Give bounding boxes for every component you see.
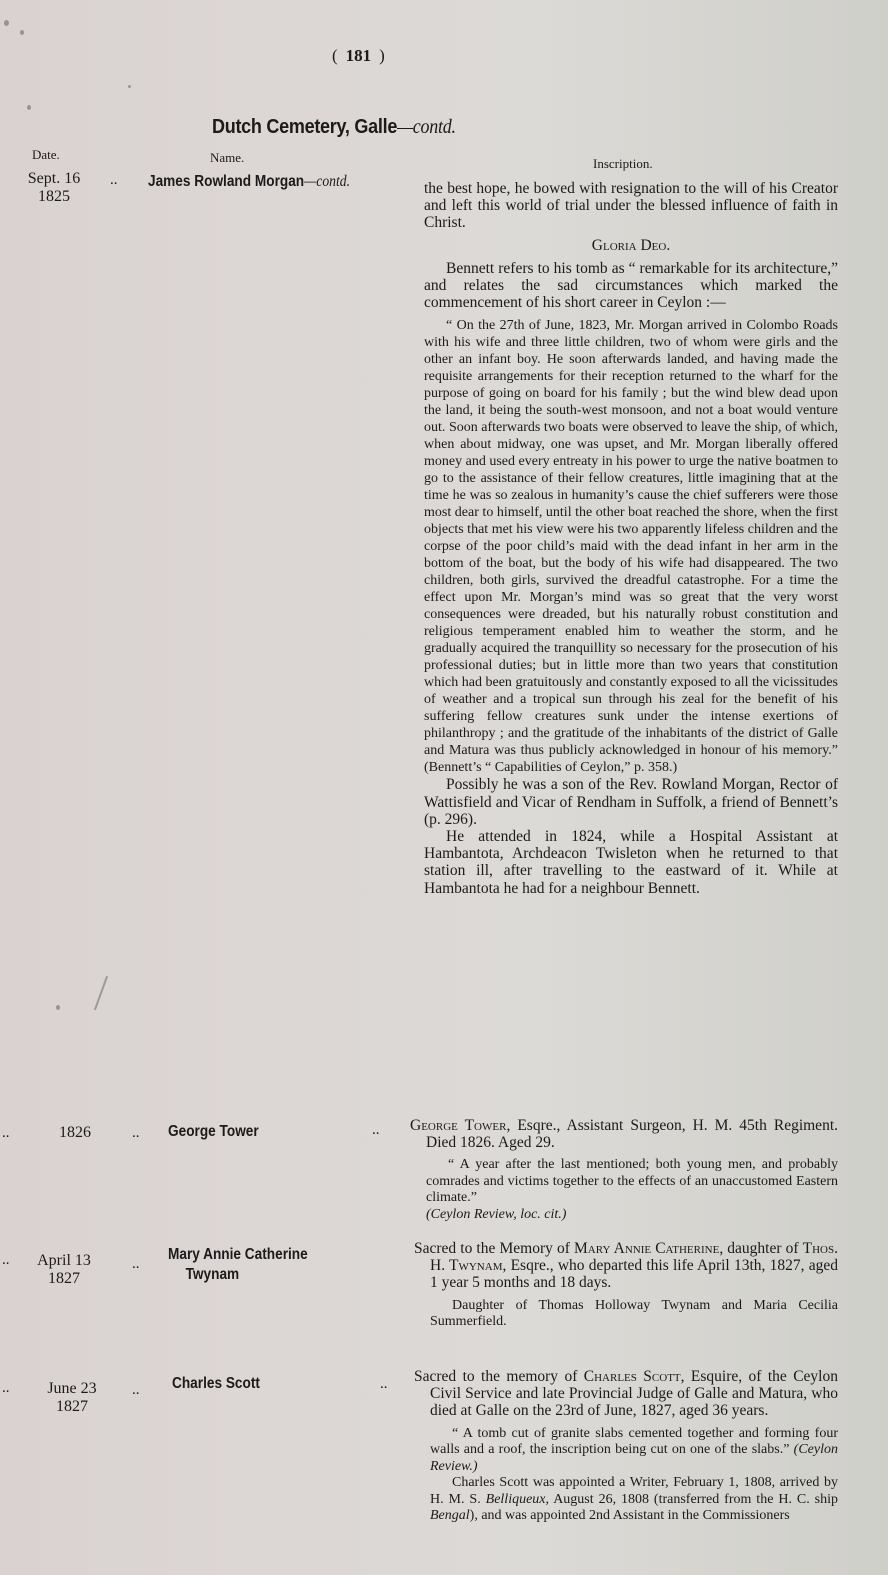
paper-scratch: [94, 976, 108, 1011]
entry-inscription: the best hope, he bowed with resignation…: [424, 180, 838, 897]
leader-dots: ..: [2, 1380, 10, 1397]
leader-dots: ..: [380, 1376, 388, 1393]
paper-stain: [20, 30, 24, 35]
paper-stain: [27, 105, 31, 110]
leader-dots: ..: [372, 1122, 380, 1139]
entry-date: 1826: [30, 1124, 120, 1142]
leader-dots: ..: [132, 1256, 140, 1273]
leader-dots: ..: [132, 1382, 140, 1399]
entry-date: Sept. 161825: [14, 170, 94, 206]
entry-name: George Tower: [168, 1122, 259, 1142]
entry-name: Charles Scott: [172, 1374, 260, 1394]
entry-inscription: Sacred to the Memory of Mary Annie Cathe…: [414, 1240, 838, 1331]
entry-name: Mary Annie CatherineTwynam: [168, 1245, 308, 1285]
entry-date: April 131827: [24, 1252, 104, 1288]
entry-inscription: George Tower, Esqre., Assistant Surgeon,…: [410, 1117, 838, 1223]
book-page: (181) Dutch Cemetery, Galle—contd. Date.…: [0, 0, 888, 1575]
paper-stain: [128, 85, 131, 88]
column-header-inscription: Inscription.: [593, 156, 653, 172]
entry-name: James Rowland Morgan—contd.: [148, 172, 350, 192]
column-header-name: Name.: [210, 150, 244, 166]
leader-dots: ..: [2, 1125, 10, 1142]
entry-date: June 231827: [32, 1380, 112, 1416]
page-title: Dutch Cemetery, Galle—contd.: [212, 116, 456, 139]
gloria-deo: Gloria Deo.: [424, 237, 838, 254]
paper-stain: [56, 1005, 60, 1010]
leader-dots: ..: [2, 1252, 10, 1269]
leader-dots: ..: [110, 172, 118, 189]
page-number: (181): [332, 46, 385, 66]
paper-stain: [4, 20, 9, 26]
entry-inscription: Sacred to the memory of Charles Scott, E…: [414, 1368, 838, 1525]
leader-dots: ..: [132, 1125, 140, 1142]
column-header-date: Date.: [32, 147, 60, 163]
